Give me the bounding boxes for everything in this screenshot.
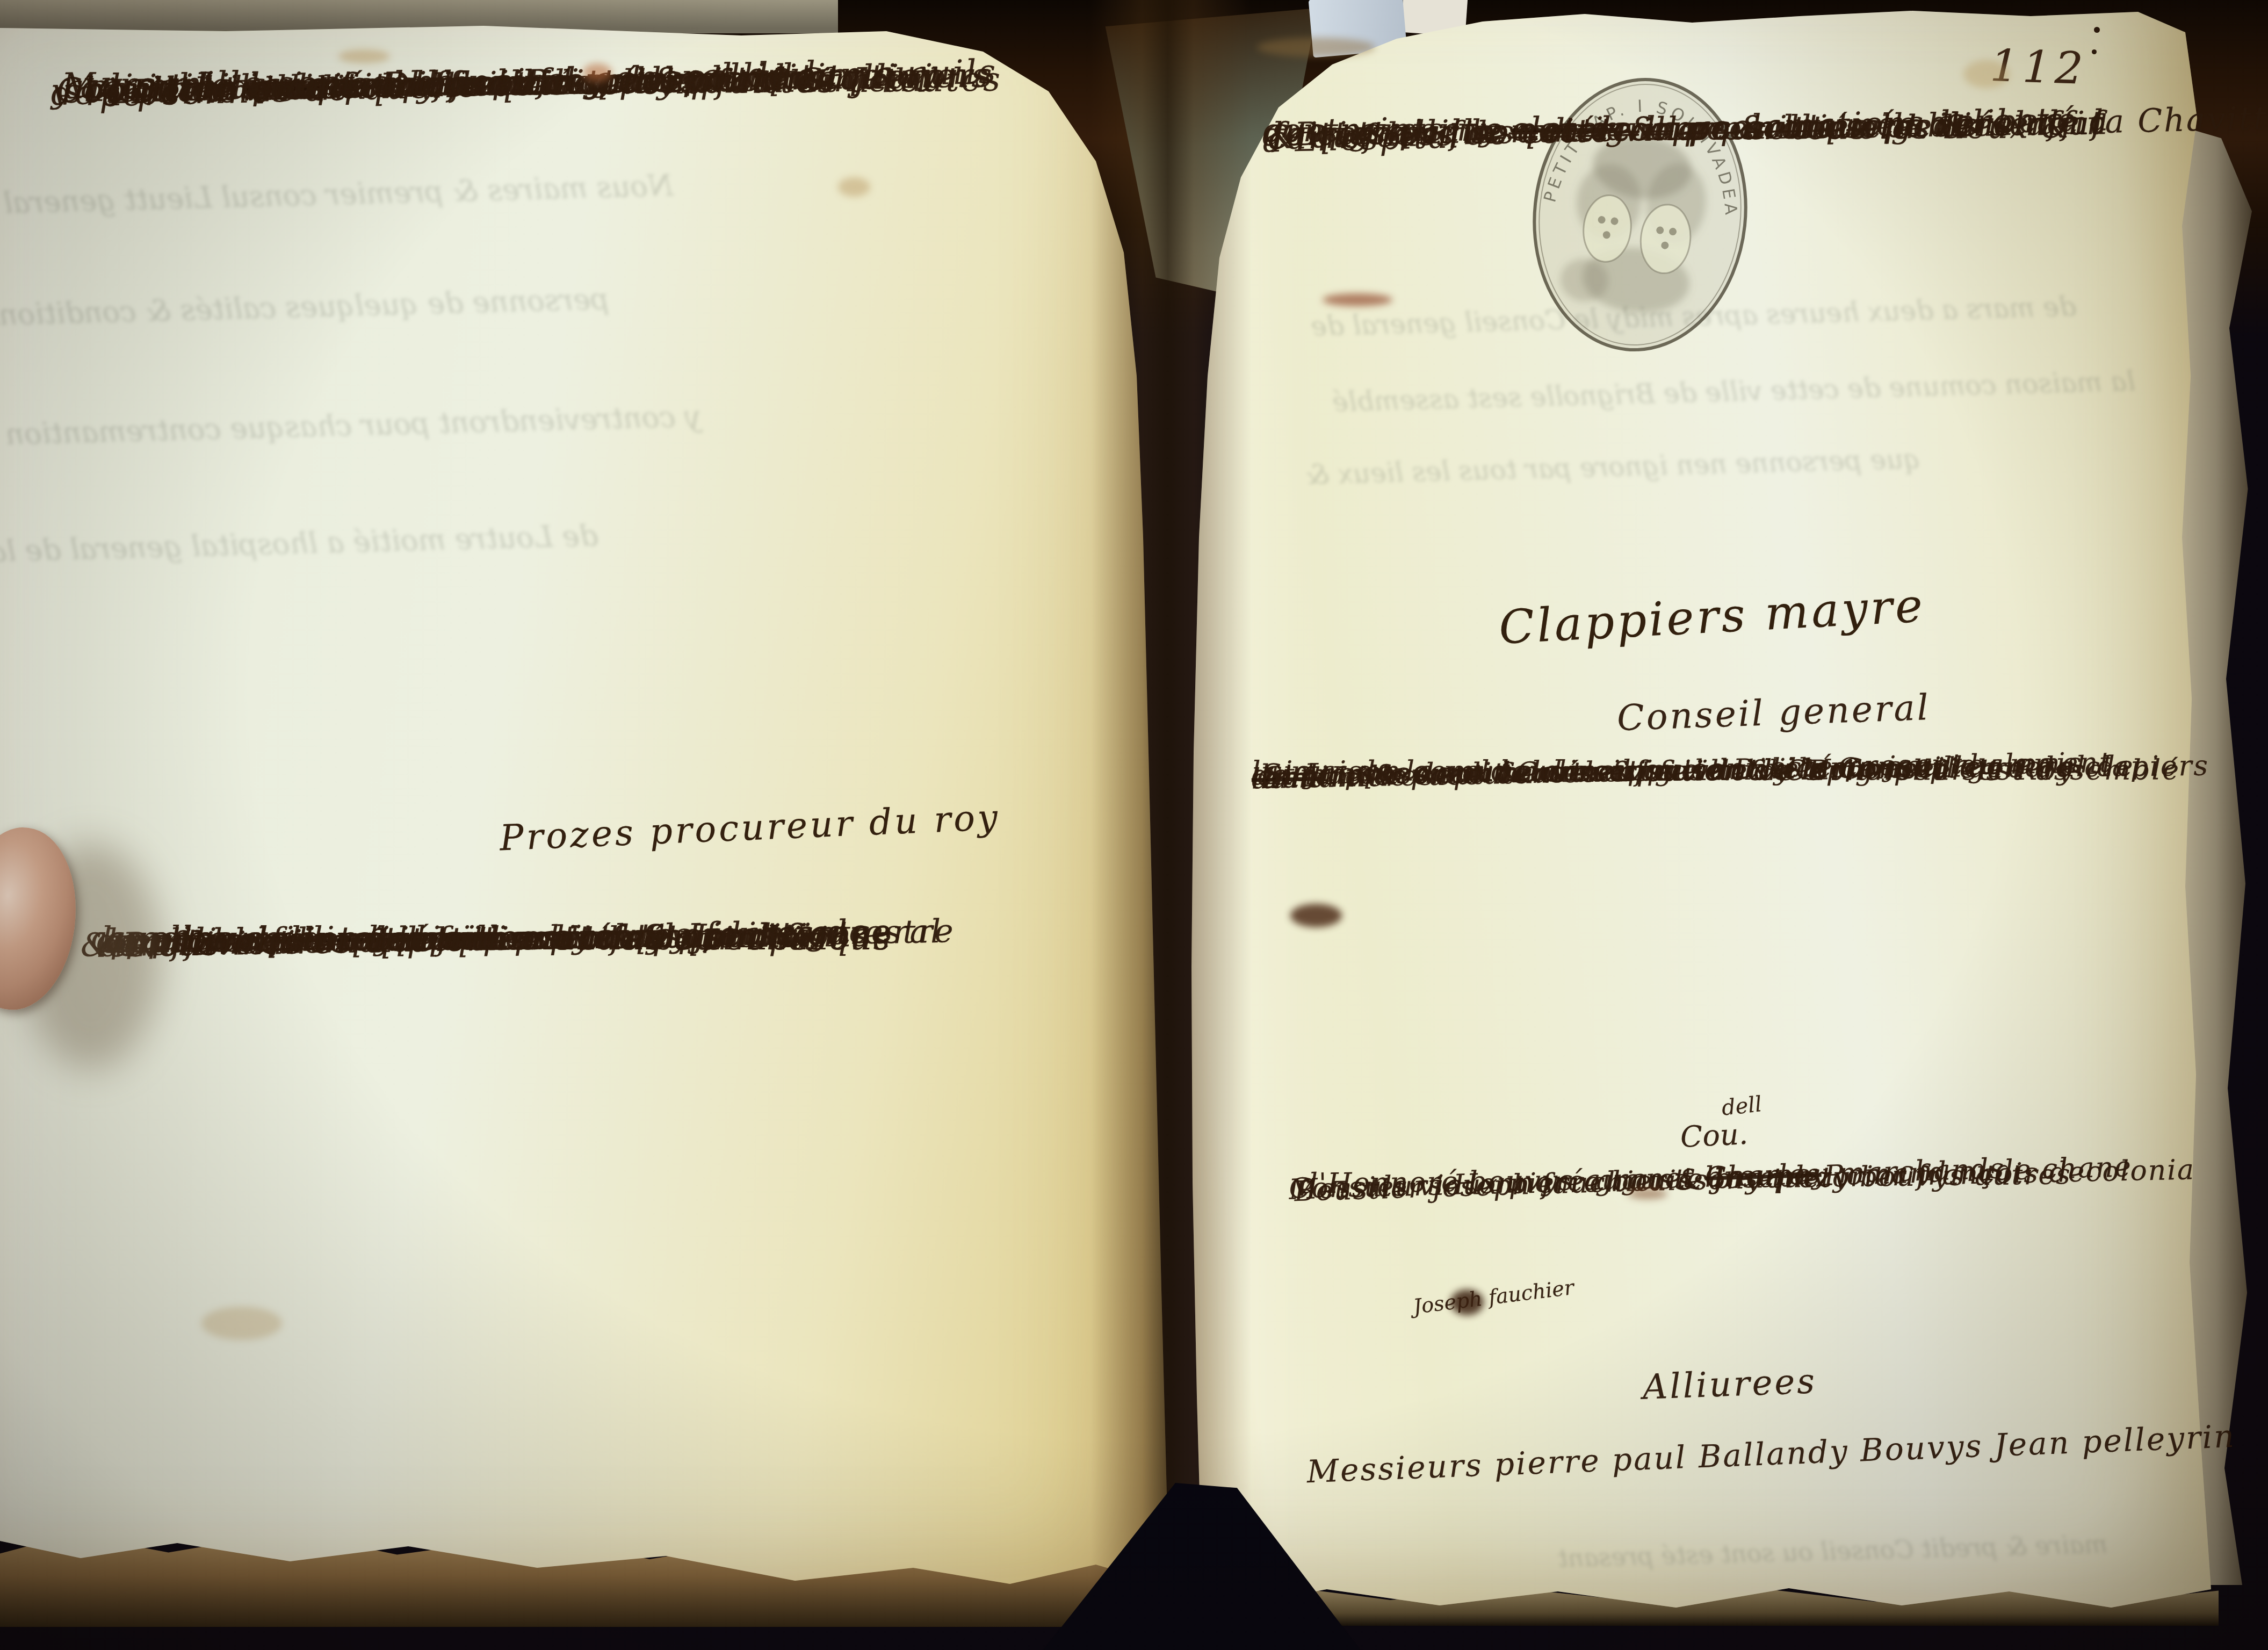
- manuscript-book-photo: PETIT PAP. I SOL IVADEA 112 De la villes…: [0, 0, 2268, 1650]
- assembled-heading: Alliurees: [1642, 1361, 1817, 1407]
- abbreviation-superscript: dell: [1721, 1092, 1763, 1121]
- ink-speck: [2092, 49, 2097, 54]
- left-page: [0, 0, 1182, 1606]
- manuscript-line: Brignolle le quatre mars mille sept cens…: [1294, 104, 2105, 176]
- tax-stamp: PETIT PAP. I SOL IVADEA: [1512, 60, 1773, 380]
- ink-speck: [2094, 27, 2100, 33]
- manuscript-line: St Jacques nouvel ve. appre du ville Con…: [1262, 751, 1983, 810]
- abbreviation-conseillers: Cou.: [1679, 1117, 1749, 1154]
- manuscript-line: Mars mille sept cens neuf: [62, 61, 552, 127]
- page-number: 112: [1989, 40, 2088, 95]
- manuscript-line: applicables moitié a lhospital St Jean &: [105, 917, 814, 978]
